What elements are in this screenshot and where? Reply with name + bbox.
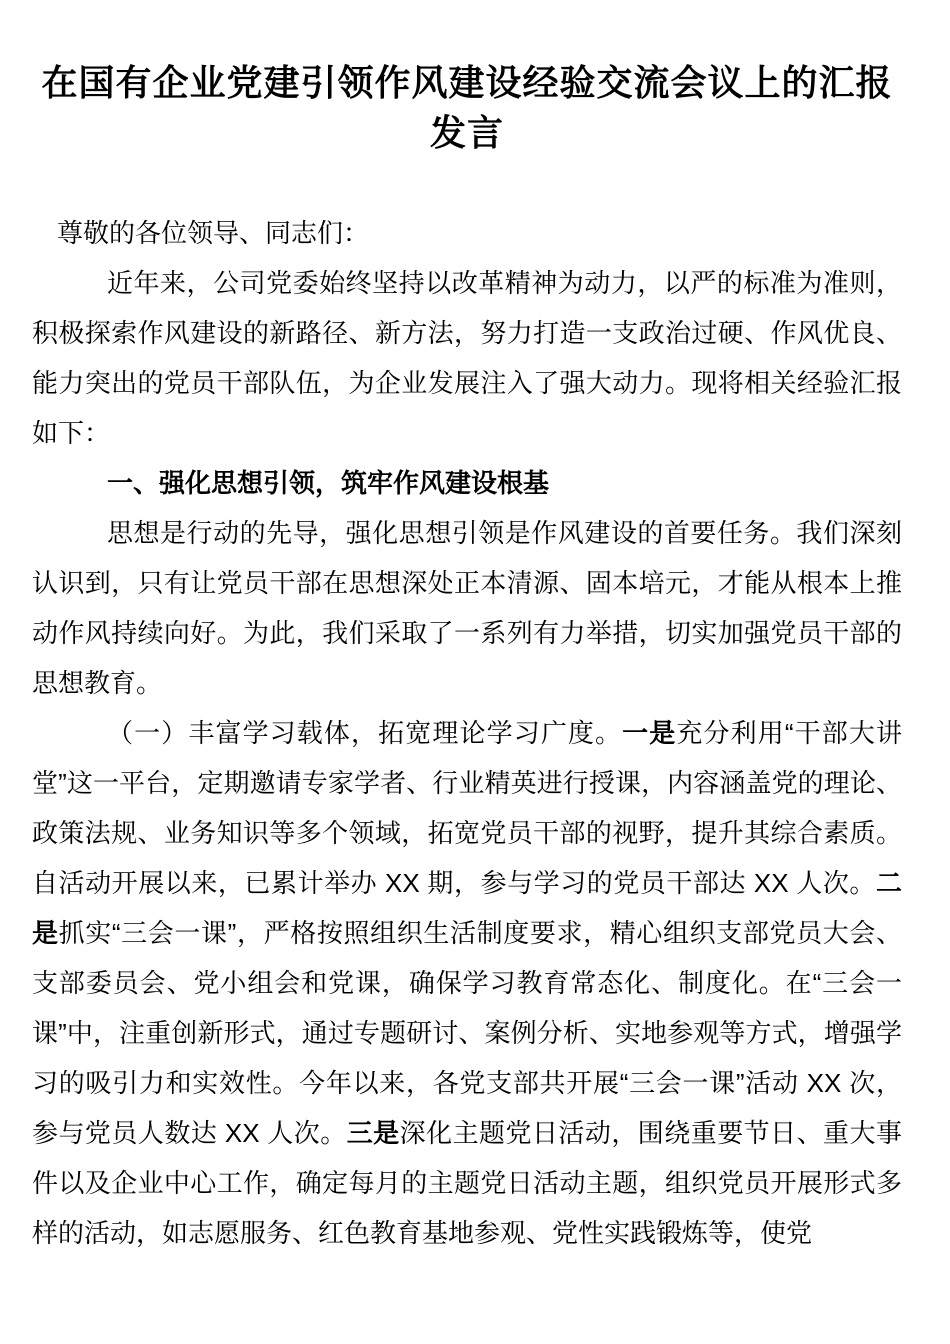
- paragraph: （一）丰富学习载体，拓宽理论学习广度。一是充分利用“干部大讲堂”这一平台，定期邀…: [32, 708, 902, 1258]
- emphasis-segment: 一、强化思想引领，筑牢作风建设根基: [107, 468, 549, 498]
- paragraph: 近年来，公司党委始终坚持以改革精神为动力，以严的标准为准则，积极探索作风建设的新…: [32, 258, 902, 458]
- text-segment: （一）丰富学习载体，拓宽理论学习广度。: [107, 718, 622, 748]
- text-segment: 近年来，公司党委始终坚持以改革精神为动力，以严的标准为准则，积极探索作风建设的新…: [32, 268, 902, 448]
- title-line-1: 在国有企业党建引领作风建设经验交流会议上的汇报: [32, 58, 902, 108]
- text-segment: 抓实“三会一课”，严格按照组织生活制度要求，精心组织支部党员大会、支部委员会、党…: [32, 918, 902, 1148]
- document-body: 尊敬的各位领导、同志们： 近年来，公司党委始终坚持以改革精神为动力，以严的标准为…: [32, 208, 902, 1258]
- document-title: 在国有企业党建引领作风建设经验交流会议上的汇报 发言: [32, 58, 902, 158]
- document-page: 在国有企业党建引领作风建设经验交流会议上的汇报 发言 尊敬的各位领导、同志们： …: [0, 0, 950, 1344]
- text-segment: 思想是行动的先导，强化思想引领是作风建设的首要任务。我们深刻认识到，只有让党员干…: [32, 518, 902, 698]
- emphasis-segment: 一是: [622, 718, 676, 748]
- paragraph: 思想是行动的先导，强化思想引领是作风建设的首要任务。我们深刻认识到，只有让党员干…: [32, 508, 902, 708]
- section-heading: 一、强化思想引领，筑牢作风建设根基: [32, 458, 902, 508]
- title-line-2: 发言: [32, 108, 902, 158]
- salutation: 尊敬的各位领导、同志们：: [32, 208, 902, 258]
- emphasis-segment: 三是: [347, 1118, 400, 1148]
